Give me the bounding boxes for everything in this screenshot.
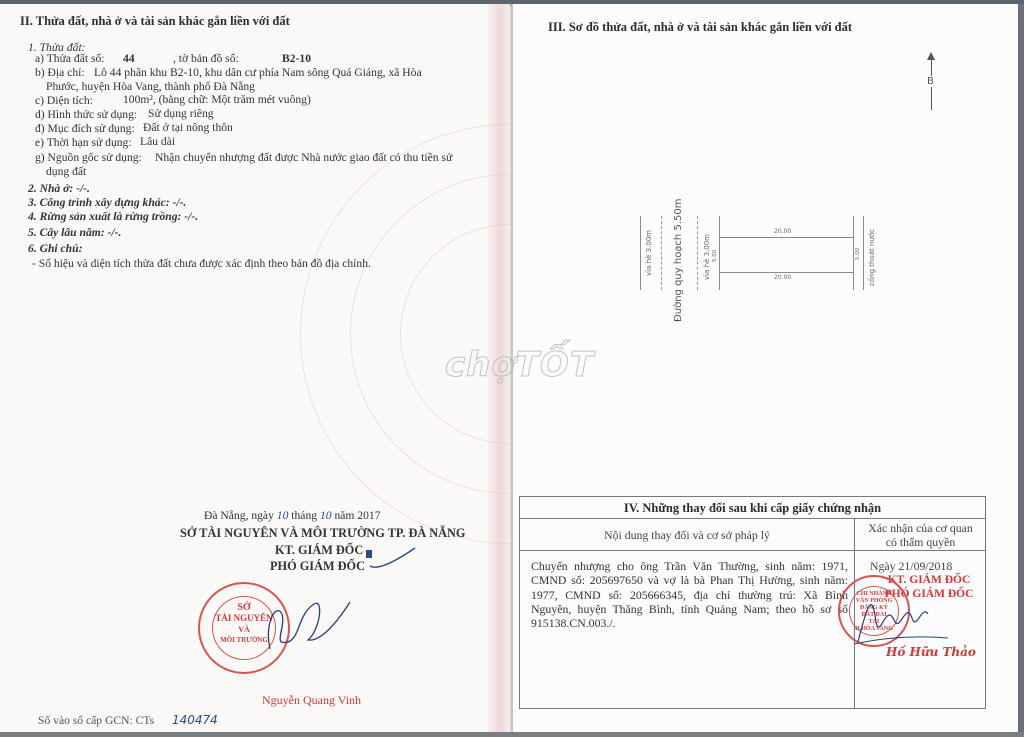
parcel-width-right: 5.00 [855, 248, 861, 260]
registry-number: 140474 [172, 713, 218, 727]
signing-month: 10 [320, 509, 332, 522]
parcel-left-boundary [719, 216, 720, 290]
item5-perennial-trees: 5. Cây lâu năm: -/-. [28, 226, 121, 240]
date-prefix: Đà Nẵng, ngày [204, 509, 274, 522]
registry-label: Số vào sổ cấp GCN: CTs [38, 714, 154, 728]
drain-label: cống thoát nước [868, 229, 876, 286]
area-label: c) Diện tích: [35, 94, 93, 108]
signature-tick-icon [360, 544, 420, 574]
header-line: có thẩm quyền [855, 535, 986, 549]
parcel-bottom-boundary [719, 272, 854, 273]
issuing-agency: SỞ TÀI NGUYÊN VÀ MÔI TRƯỜNG TP. ĐÀ NẴNG [180, 526, 466, 540]
parcel-top-boundary [719, 237, 854, 238]
address-line1: Lô 44 phân khu B2-10, khu dân cư phía Na… [94, 66, 422, 80]
usage-purpose-label: đ) Mục đích sử dụng: [35, 122, 135, 136]
section-iii-title: III. Sơ đồ thửa đất, nhà ở và tài sản kh… [548, 20, 852, 34]
watermark-logo: chợTỐT [445, 345, 594, 385]
month-label: tháng [291, 509, 317, 522]
signature-icon [850, 592, 950, 647]
north-label: B [927, 76, 934, 87]
item2-house: 2. Nhà ở: -/-. [28, 182, 90, 196]
road-label: Đường quy hoạch 5.50m [673, 199, 684, 322]
usage-form-label: d) Hình thức sử dụng: [35, 108, 137, 122]
parcel-length-bottom: 20.00 [774, 274, 791, 281]
signature-icon [258, 594, 358, 654]
certificate-page-left: II. Thửa đất, nhà ở và tài sản khác gắn … [0, 4, 510, 733]
change-entry-content: Chuyển nhượng cho ông Trần Văn Thường, s… [531, 559, 848, 630]
north-arrow-icon [927, 52, 935, 60]
change-entry-signer: Hồ Hữu Thảo [886, 645, 976, 659]
map-sheet-label: , tờ bản đồ số: [173, 52, 239, 66]
map-sheet-value: B2-10 [282, 52, 311, 66]
signing-year: năm 2017 [334, 509, 380, 522]
signer-role-1: KT. GIÁM ĐỐC [275, 543, 363, 557]
changes-table-header: Nội dung thay đổi và cơ sở pháp lý Xác n… [520, 519, 985, 551]
parcel-number-value: 44 [123, 52, 135, 66]
signing-place-date: Đà Nẵng, ngày 10 tháng 10 năm 2017 [204, 509, 381, 523]
signer-name: Nguyễn Quang Vinh [262, 693, 361, 707]
address-line2: Phước, huyện Hòa Vang, thành phố Đà Nẵng [46, 80, 255, 94]
item6-notes-heading: 6. Ghi chú: [28, 242, 82, 256]
parcel-length-top: 20.00 [774, 228, 791, 235]
sidewalk-right-label: vỉa hè 3.00m [703, 234, 711, 280]
header-line: Xác nhận của cơ quan [855, 521, 986, 535]
sidewalk-left-line [640, 216, 641, 290]
signing-day: 10 [277, 509, 289, 522]
drain-line [863, 216, 864, 290]
bottom-frame-edge [0, 732, 1024, 737]
changes-table: IV. Những thay đổi sau khi cấp giấy chứn… [519, 496, 986, 709]
item6-note: - Số hiệu và diện tích thửa đất chưa đượ… [32, 257, 371, 271]
origin-line1: Nhận chuyển nhượng đất được Nhà nước gia… [155, 151, 452, 165]
section-ii-title: II. Thửa đất, nhà ở và tài sản khác gắn … [20, 14, 290, 28]
signer-role-2: PHÓ GIÁM ĐỐC [270, 559, 365, 573]
parcel-width-left: 5.00 [712, 250, 718, 262]
column-header-confirmation: Xác nhận của cơ quan có thẩm quyền [855, 521, 986, 549]
usage-term-value: Lâu dài [140, 135, 175, 149]
change-entry-date: Ngày 21/09/2018 [870, 559, 952, 574]
origin-label: g) Nguồn gốc sử dụng: [35, 151, 142, 165]
usage-purpose-value: Đất ở tại nông thôn [143, 121, 233, 135]
sidewalk-left-label: vỉa hè 3.00m [645, 230, 653, 276]
right-frame-edge [1018, 4, 1024, 733]
parcel-right-boundary [853, 216, 854, 290]
item4-production-forest: 4. Rừng sản xuất là rừng trồng: -/-. [28, 210, 198, 224]
road-edge-dashed [697, 216, 698, 290]
area-value: 100m², (bằng chữ: Một trăm mét vuông) [123, 93, 311, 107]
parcel-number-label: a) Thửa đất số: [35, 52, 105, 66]
road-edge-dashed [661, 216, 662, 290]
address-label: b) Địa chỉ: [35, 66, 85, 80]
item3-other-construction: 3. Công trình xây dựng khác: -/-. [28, 196, 186, 210]
usage-term-label: e) Thời hạn sử dụng: [35, 136, 132, 150]
origin-line2: dụng đất [46, 165, 86, 179]
column-header-content: Nội dung thay đổi và cơ sở pháp lý [520, 519, 854, 551]
usage-form-value: Sử dụng riêng [148, 107, 214, 121]
changes-table-title: IV. Những thay đổi sau khi cấp giấy chứn… [520, 497, 985, 519]
